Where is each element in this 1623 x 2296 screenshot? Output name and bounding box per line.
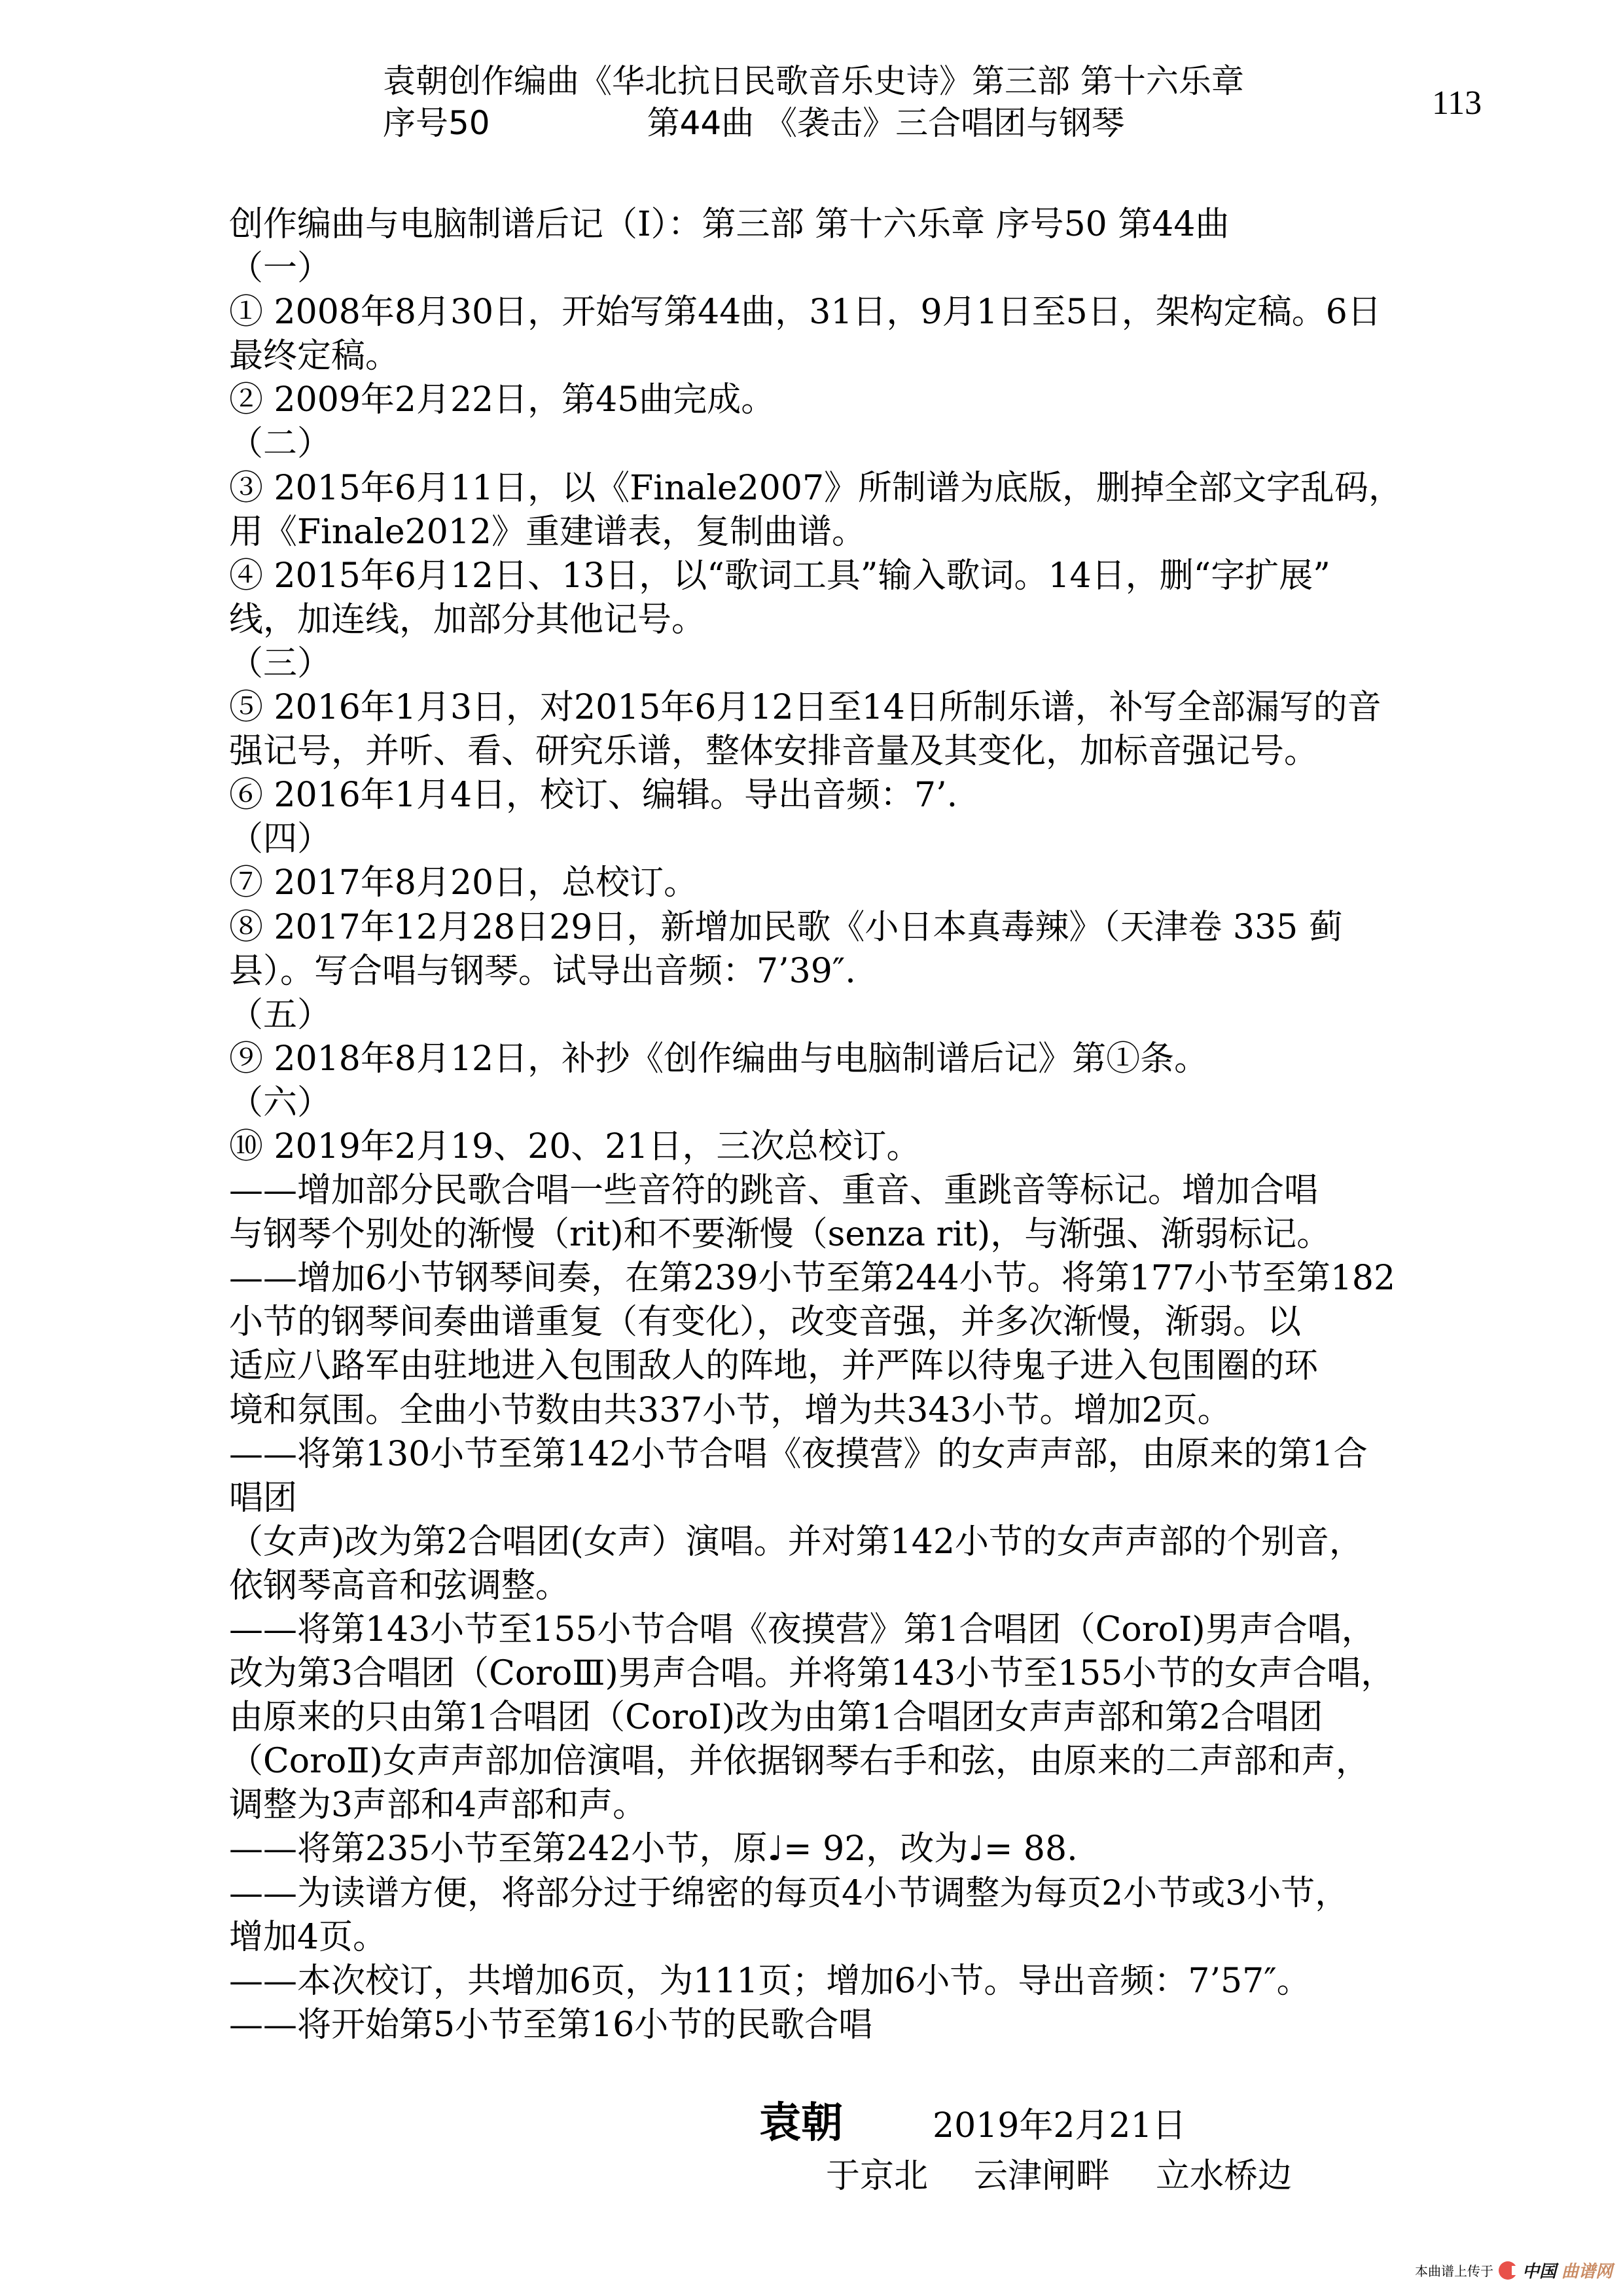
- text-line: ——增加6小节钢琴间奏，在第239小节至第244小节。将第177小节至第182: [229, 1257, 1505, 1300]
- section-marker: （三）: [229, 642, 1505, 686]
- place-3: 立水桥边: [1156, 2157, 1292, 2196]
- text-line: 县）。写合唱与钢琴。试导出音频：7’39″.: [229, 950, 1505, 994]
- section-marker: （五）: [229, 994, 1505, 1037]
- header-subtitle-line: 序号50第44曲 《袭击》三合唱团与钢琴: [383, 102, 1430, 144]
- text-line: ——将开始第5小节至第16小节的民歌合唱: [229, 2003, 1505, 2047]
- text-line: 境和氛围。全曲小节数由共337小节，增为共343小节。增加2页。: [229, 1389, 1505, 1433]
- text-line: ——本次校订，共增加6页，为111页；增加6小节。导出音频：7’57″。: [229, 1960, 1505, 2003]
- upload-watermark: 本曲谱上传于 中国曲谱网: [1415, 2258, 1613, 2282]
- page-header: 袁朝创作编曲《华北抗日民歌音乐史诗》第三部 第十六乐章 序号50第44曲 《袭击…: [383, 60, 1430, 144]
- text-line: 唱团: [229, 1477, 1505, 1520]
- text-line: 小节的钢琴间奏曲谱重复（有变化），改变音强，并多次渐慢，渐弱。以: [229, 1300, 1505, 1344]
- section-marker: （二）: [229, 422, 1505, 466]
- text-line: 改为第3合唱团（CoroⅢ)男声合唱。并将第143小节至155小节的女声合唱，: [229, 1652, 1505, 1696]
- text-line: ——为读谱方便，将部分过于绵密的每页4小节调整为每页2小节或3小节，: [229, 1872, 1505, 1916]
- signature-date: 2019年2月21日: [933, 2106, 1186, 2145]
- text-line: 强记号，并听、看、研究乐谱，整体安排音量及其变化，加标音强记号。: [229, 730, 1505, 774]
- section-marker: （四）: [229, 817, 1505, 861]
- site-logo-icon: [1499, 2261, 1517, 2280]
- watermark-site: 曲谱网: [1561, 2258, 1613, 2282]
- text-line: 最终定稿。: [229, 334, 1505, 378]
- text-line: ——增加部分民歌合唱一些音符的跳音、重音、重跳音等标记。增加合唱: [229, 1169, 1505, 1213]
- text-line: ⑨ 2018年8月12日，补抄《创作编曲与电脑制谱后记》第①条。: [229, 1037, 1505, 1081]
- text-line: ——将第130小节至第142小节合唱《夜摸营》的女声声部，由原来的第1合: [229, 1433, 1505, 1477]
- page-number: 113: [1432, 84, 1482, 122]
- text-line: ⑩ 2019年2月19、20、21日，三次总校订。: [229, 1125, 1505, 1169]
- signature-block: 袁朝2019年2月21日: [759, 2089, 1186, 2149]
- text-line: ——将第235小节至第242小节，原♩= 92，改为♩= 88.: [229, 1827, 1505, 1871]
- text-line: 线，加连线，加部分其他记号。: [229, 598, 1505, 642]
- postscript-body: 创作编曲与电脑制谱后记（Ⅰ）：第三部 第十六乐章 序号50 第44曲 （一） ①…: [229, 203, 1505, 2047]
- text-line: 用《Finale2012》重建谱表，复制曲谱。: [229, 511, 1505, 554]
- text-line: 调整为3声部和4声部和声。: [229, 1784, 1505, 1827]
- text-line: ⑧ 2017年12月28日29日，新增加民歌《小日本真毒辣》（天津卷 335 蓟: [229, 906, 1505, 950]
- header-sequence-number: 序号50: [383, 104, 490, 142]
- place-2: 云津闸畔: [974, 2157, 1110, 2196]
- text-line: 由原来的只由第1合唱团（CoroⅠ)改为由第1合唱团女声声部和第2合唱团: [229, 1696, 1505, 1740]
- signature-places: 于京北云津闸畔立水桥边: [826, 2148, 1338, 2197]
- text-line: ④ 2015年6月12日、13日，以“歌词工具”输入歌词。14日，删“字扩展”: [229, 554, 1505, 598]
- place-1: 于京北: [826, 2157, 928, 2196]
- watermark-brand: 中国: [1522, 2258, 1556, 2282]
- postscript-heading: 创作编曲与电脑制谱后记（Ⅰ）：第三部 第十六乐章 序号50 第44曲: [229, 203, 1505, 247]
- header-piece-title: 第44曲 《袭击》三合唱团与钢琴: [647, 104, 1125, 142]
- section-marker: （六）: [229, 1081, 1505, 1125]
- text-line: 增加4页。: [229, 1916, 1505, 1960]
- text-line: ——将第143小节至155小节合唱《夜摸营》第1合唱团（CoroⅠ)男声合唱，: [229, 1608, 1505, 1652]
- text-line: （CoroⅡ)女声声部加倍演唱，并依据钢琴右手和弦，由原来的二声部和声，: [229, 1740, 1505, 1784]
- author-name: 袁朝: [759, 2089, 933, 2149]
- header-title-line: 袁朝创作编曲《华北抗日民歌音乐史诗》第三部 第十六乐章: [383, 60, 1430, 102]
- text-line: 与钢琴个别处的渐慢（rit)和不要渐慢（senza rit)，与渐强、渐弱标记。: [229, 1213, 1505, 1257]
- text-line: ⑤ 2016年1月3日，对2015年6月12日至14日所制乐谱，补写全部漏写的音: [229, 686, 1505, 730]
- text-line: ② 2009年2月22日，第45曲完成。: [229, 378, 1505, 422]
- text-line: ③ 2015年6月11日，以《Finale2007》所制谱为底版，删掉全部文字乱…: [229, 467, 1505, 511]
- text-line: （女声)改为第2合唱团(女声）演唱。并对第142小节的女声声部的个别音，: [229, 1520, 1505, 1564]
- text-line: 适应八路军由驻地进入包围敌人的阵地，并严阵以待鬼子进入包围圈的环: [229, 1344, 1505, 1388]
- watermark-prefix: 本曲谱上传于: [1415, 2261, 1493, 2280]
- text-line: ⑦ 2017年8月20日，总校订。: [229, 861, 1505, 905]
- text-line: 依钢琴高音和弦调整。: [229, 1564, 1505, 1608]
- section-marker: （一）: [229, 247, 1505, 291]
- text-line: ① 2008年8月30日，开始写第44曲，31日，9月1日至5日，架构定稿。6日: [229, 291, 1505, 334]
- text-line: ⑥ 2016年1月4日，校订、编辑。导出音频：7’.: [229, 774, 1505, 817]
- document-page: 袁朝创作编曲《华北抗日民歌音乐史诗》第三部 第十六乐章 序号50第44曲 《袭击…: [0, 0, 1623, 2296]
